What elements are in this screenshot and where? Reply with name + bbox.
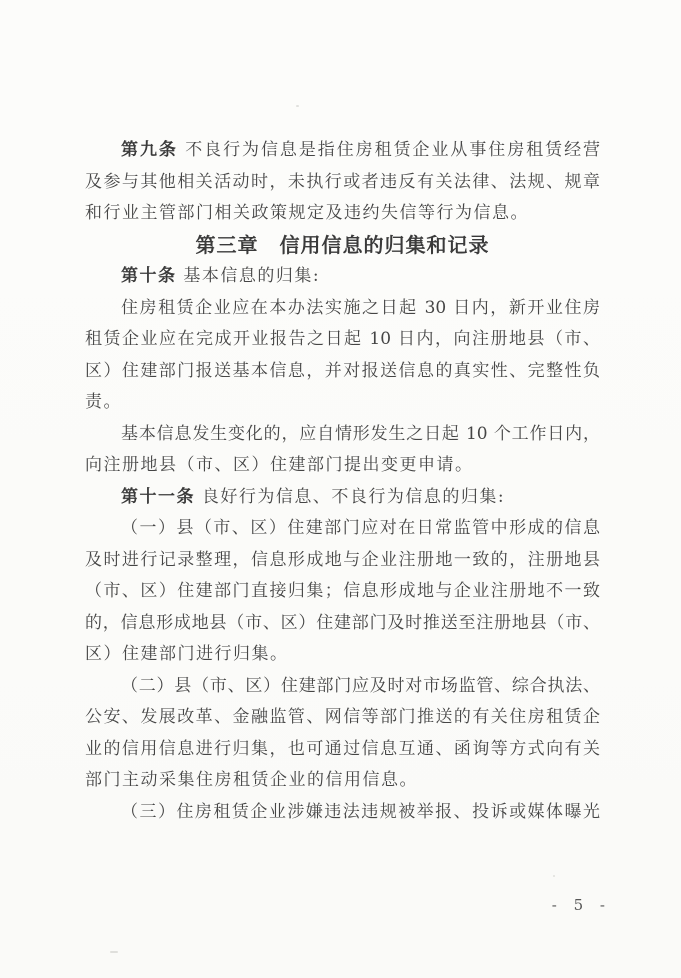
article-number: 第三章 信用信息的归集和记录 — [196, 233, 490, 257]
text-run: 业的信用信息进行归集，也可通过信息互通、函询等方式向有关 — [85, 739, 600, 759]
text-line: （市、区）住建部门直接归集；信息形成地与企业注册地不一致 — [85, 576, 600, 608]
text-run: （市、区）住建部门直接归集；信息形成地与企业注册地不一致 — [85, 581, 600, 601]
text-run: （三）住房租赁企业涉嫌违法违规被举报、投诉或媒体曝光 — [121, 802, 600, 822]
text-run: 住房租赁企业应在本办法实施之日起 30 日内，新开业住房 — [121, 298, 600, 318]
text-run: 及参与其他相关活动时，未执行或者违反有关法律、法规、规章 — [85, 172, 600, 192]
text-line: 住房租赁企业应在本办法实施之日起 30 日内，新开业住房 — [85, 293, 600, 325]
text-line: 公安、发展改革、金融监管、网信等部门推送的有关住房租赁企 — [85, 702, 600, 734]
text-run: 不良行为信息是指住房租赁企业从事住房租赁经营 — [178, 140, 600, 160]
text-line: 第十一条 良好行为信息、不良行为信息的归集: — [85, 482, 600, 514]
text-line: （三）住房租赁企业涉嫌违法违规被举报、投诉或媒体曝光 — [85, 797, 600, 829]
text-line: （一）县（市、区）住建部门应对在日常监管中形成的信息 — [85, 513, 600, 545]
scan-speck — [553, 875, 555, 877]
text-run: 向注册地县（市、区）住建部门提出变更申请。 — [85, 455, 474, 475]
text-line: 和行业主管部门相关政策规定及违约失信等行为信息。 — [85, 198, 600, 230]
text-line: 基本信息发生变化的，应自情形发生之日起 10 个工作日内， — [85, 419, 600, 451]
document-page: 第九条 不良行为信息是指住房租赁企业从事住房租赁经营及参与其他相关活动时，未执行… — [0, 0, 681, 978]
text-line: 及参与其他相关活动时，未执行或者违反有关法律、法规、规章 — [85, 167, 600, 199]
text-line: 第九条 不良行为信息是指住房租赁企业从事住房租赁经营 — [85, 135, 600, 167]
text-line: 租赁企业应在完成开业报告之日起 10 日内，向注册地县（市、 — [85, 324, 600, 356]
article-number: 第九条 — [121, 140, 178, 160]
text-line: 区）住建部门进行归集。 — [85, 639, 600, 671]
text-run: 及时进行记录整理，信息形成地与企业注册地一致的，注册地县 — [85, 550, 600, 570]
text-line: 业的信用信息进行归集，也可通过信息互通、函询等方式向有关 — [85, 734, 600, 766]
text-line: 向注册地县（市、区）住建部门提出变更申请。 — [85, 450, 600, 482]
article-number: 第十条 — [121, 266, 177, 286]
text-run: 良好行为信息、不良行为信息的归集: — [195, 487, 505, 507]
chapter-heading: 第三章 信用信息的归集和记录 — [85, 230, 600, 262]
text-run: （二）县（市、区）住建部门应及时对市场监管、综合执法、 — [121, 676, 600, 696]
text-line: 责。 — [85, 387, 600, 419]
text-line: 第十条 基本信息的归集: — [85, 261, 600, 293]
text-run: （一）县（市、区）住建部门应对在日常监管中形成的信息 — [121, 518, 600, 538]
scan-speck — [110, 951, 118, 953]
text-line: 区）住建部门报送基本信息，并对报送信息的真实性、完整性负 — [85, 356, 600, 388]
text-line: （二）县（市、区）住建部门应及时对市场监管、综合执法、 — [85, 671, 600, 703]
text-line: 及时进行记录整理，信息形成地与企业注册地一致的，注册地县 — [85, 545, 600, 577]
text-run: 部门主动采集住房租赁企业的信用信息。 — [85, 770, 418, 790]
text-run: 基本信息的归集: — [177, 266, 321, 286]
page-number: - 5 - — [552, 896, 609, 914]
text-run: 租赁企业应在完成开业报告之日起 10 日内，向注册地县（市、 — [85, 329, 600, 349]
text-run: 区）住建部门进行归集。 — [85, 644, 289, 664]
text-run: 责。 — [85, 392, 122, 412]
text-run: 公安、发展改革、金融监管、网信等部门推送的有关住房租赁企 — [85, 707, 600, 727]
text-line: 的，信息形成地县（市、区）住建部门及时推送至注册地县（市、 — [85, 608, 600, 640]
text-run: 和行业主管部门相关政策规定及违约失信等行为信息。 — [85, 203, 529, 223]
text-run: 基本信息发生变化的，应自情形发生之日起 10 个工作日内， — [121, 424, 600, 444]
text-run: 区）住建部门报送基本信息，并对报送信息的真实性、完整性负 — [85, 361, 600, 381]
text-run: 的，信息形成地县（市、区）住建部门及时推送至注册地县（市、 — [85, 613, 600, 633]
scan-speck — [296, 105, 299, 107]
text-line: 部门主动采集住房租赁企业的信用信息。 — [85, 765, 600, 797]
document-body: 第九条 不良行为信息是指住房租赁企业从事住房租赁经营及参与其他相关活动时，未执行… — [85, 135, 600, 828]
article-number: 第十一条 — [121, 487, 195, 507]
